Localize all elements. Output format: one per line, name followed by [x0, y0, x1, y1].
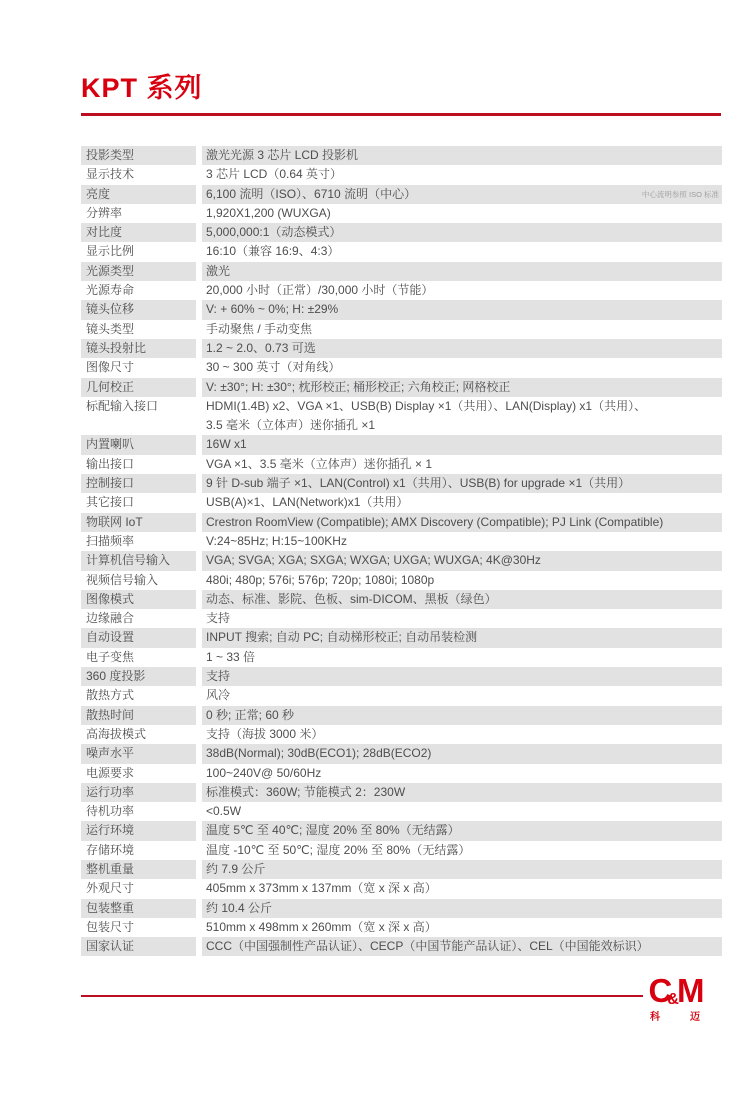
spec-label: 镜头类型: [81, 320, 196, 339]
spec-row: 光源类型 激光: [81, 262, 722, 281]
spec-label: 分辨率: [81, 204, 196, 223]
spec-value: 约 7.9 公斤: [202, 860, 722, 879]
spec-label: 运行环境: [81, 821, 196, 840]
spec-label: 图像模式: [81, 590, 196, 609]
spec-value: 动态、标准、影院、色板、sim-DICOM、黑板（绿色）: [202, 590, 722, 609]
logo-sub-left: 科: [650, 1008, 660, 1023]
spec-value: HDMI(1.4B) x2、VGA ×1、USB(B) Display ×1（共…: [202, 397, 722, 436]
spec-label: 镜头位移: [81, 300, 196, 319]
spec-label: 镜头投射比: [81, 339, 196, 358]
spec-row: 图像模式 动态、标准、影院、色板、sim-DICOM、黑板（绿色）: [81, 590, 722, 609]
spec-value: V: + 60% ~ 0%; H: ±29%: [202, 300, 722, 319]
spec-value: V:24~85Hz; H:15~100KHz: [202, 532, 722, 551]
spec-value: V: ±30°; H: ±30°; 枕形校正; 桶形校正; 六角校正; 网格校正: [202, 378, 722, 397]
spec-value: 480i; 480p; 576i; 576p; 720p; 1080i; 108…: [202, 571, 722, 590]
spec-row: 运行环境 温度 5℃ 至 40℃; 湿度 20% 至 80%（无结露）: [81, 821, 722, 840]
spec-row: 运行功率 标准模式：360W; 节能模式 2：230W: [81, 783, 722, 802]
spec-value: 405mm x 373mm x 137mm（宽 x 深 x 高）: [202, 879, 722, 898]
spec-value: 100~240V@ 50/60Hz: [202, 764, 722, 783]
spec-value: 手动聚焦 / 手动变焦: [202, 320, 722, 339]
spec-label: 散热时间: [81, 706, 196, 725]
spec-label: 国家认证: [81, 937, 196, 956]
spec-row: 图像尺寸 30 ~ 300 英寸（对角线）: [81, 358, 722, 377]
spec-value: 510mm x 498mm x 260mm（宽 x 深 x 高）: [202, 918, 722, 937]
spec-value: 3 芯片 LCD（0.64 英寸）: [202, 165, 722, 184]
spec-value: 38dB(Normal); 30dB(ECO1); 28dB(ECO2): [202, 744, 722, 763]
spec-row: 视频信号输入 480i; 480p; 576i; 576p; 720p; 108…: [81, 571, 722, 590]
spec-label: 自动设置: [81, 628, 196, 647]
spec-value: 支持: [202, 667, 722, 686]
spec-row: 对比度 5,000,000:1（动态模式）: [81, 223, 722, 242]
spec-value: 温度 5℃ 至 40℃; 湿度 20% 至 80%（无结露）: [202, 821, 722, 840]
spec-label: 整机重量: [81, 860, 196, 879]
spec-row: 国家认证 CCC（中国强制性产品认证）、CECP（中国节能产品认证）、CEL（中…: [81, 937, 722, 956]
spec-value: 1.2 ~ 2.0、0.73 可选: [202, 339, 722, 358]
spec-value: 1 ~ 33 倍: [202, 648, 722, 667]
spec-value: 9 针 D-sub 端子 ×1、LAN(Control) x1（共用）、USB(…: [202, 474, 722, 493]
spec-value: Crestron RoomView (Compatible); AMX Disc…: [202, 513, 722, 532]
brand-logo: C&M 科 迈: [648, 975, 702, 1023]
spec-label: 输出接口: [81, 455, 196, 474]
spec-value: VGA ×1、3.5 毫米（立体声）迷你插孔 × 1: [202, 455, 722, 474]
spec-label: 显示技术: [81, 165, 196, 184]
spec-label: 边缘融合: [81, 609, 196, 628]
spec-table: 投影类型 激光光源 3 芯片 LCD 投影机 显示技术 3 芯片 LCD（0.6…: [81, 146, 722, 956]
spec-row: 散热方式 风冷: [81, 686, 722, 705]
spec-row: 其它接口 USB(A)×1、LAN(Network)x1（共用）: [81, 493, 722, 512]
spec-label: 视频信号输入: [81, 571, 196, 590]
spec-label: 包装整重: [81, 899, 196, 918]
spec-label: 包装尺寸: [81, 918, 196, 937]
spec-value: VGA; SVGA; XGA; SXGA; WXGA; UXGA; WUXGA;…: [202, 551, 722, 570]
spec-value: 激光光源 3 芯片 LCD 投影机: [202, 146, 722, 165]
spec-row: 镜头类型 手动聚焦 / 手动变焦: [81, 320, 722, 339]
spec-row: 显示技术 3 芯片 LCD（0.64 英寸）: [81, 165, 722, 184]
spec-row: 扫描频率 V:24~85Hz; H:15~100KHz: [81, 532, 722, 551]
spec-row: 待机功率 <0.5W: [81, 802, 722, 821]
spec-row: 360 度投影 支持: [81, 667, 722, 686]
spec-label: 物联网 IoT: [81, 513, 196, 532]
spec-label: 光源类型: [81, 262, 196, 281]
spec-label: 对比度: [81, 223, 196, 242]
spec-label: 计算机信号输入: [81, 551, 196, 570]
spec-label: 其它接口: [81, 493, 196, 512]
spec-row: 几何校正 V: ±30°; H: ±30°; 枕形校正; 桶形校正; 六角校正;…: [81, 378, 722, 397]
spec-label: 电源要求: [81, 764, 196, 783]
spec-label: 亮度: [81, 185, 196, 204]
spec-label: 高海拔模式: [81, 725, 196, 744]
spec-value: 温度 -10℃ 至 50℃; 湿度 20% 至 80%（无结露）: [202, 841, 722, 860]
spec-value: 16W x1: [202, 435, 722, 454]
spec-row: 标配输入接口 HDMI(1.4B) x2、VGA ×1、USB(B) Displ…: [81, 397, 722, 436]
spec-label: 扫描频率: [81, 532, 196, 551]
spec-row: 分辨率 1,920X1,200 (WUXGA): [81, 204, 722, 223]
spec-label: 运行功率: [81, 783, 196, 802]
spec-value: 0 秒; 正常; 60 秒: [202, 706, 722, 725]
spec-row: 高海拔模式 支持（海拔 3000 米）: [81, 725, 722, 744]
spec-label: 外观尺寸: [81, 879, 196, 898]
spec-label: 光源寿命: [81, 281, 196, 300]
spec-row: 镜头投射比 1.2 ~ 2.0、0.73 可选: [81, 339, 722, 358]
spec-row: 电源要求 100~240V@ 50/60Hz: [81, 764, 722, 783]
spec-label: 标配输入接口: [81, 397, 196, 436]
logo-cm-text: C&M: [648, 975, 702, 1007]
spec-value: 风冷: [202, 686, 722, 705]
spec-value: INPUT 搜索; 自动 PC; 自动梯形校正; 自动吊装检测: [202, 628, 722, 647]
spec-label: 散热方式: [81, 686, 196, 705]
spec-row: 输出接口 VGA ×1、3.5 毫米（立体声）迷你插孔 × 1: [81, 455, 722, 474]
spec-row: 控制接口 9 针 D-sub 端子 ×1、LAN(Control) x1（共用）…: [81, 474, 722, 493]
spec-row: 电子变焦 1 ~ 33 倍: [81, 648, 722, 667]
spec-value: 标准模式：360W; 节能模式 2：230W: [202, 783, 722, 802]
spec-value: 支持: [202, 609, 722, 628]
logo-sub-right: 迈: [690, 1008, 700, 1023]
spec-value: <0.5W: [202, 802, 722, 821]
footer-rule: [81, 995, 643, 997]
spec-value: 激光: [202, 262, 722, 281]
spec-row: 包装尺寸 510mm x 498mm x 260mm（宽 x 深 x 高）: [81, 918, 722, 937]
spec-row: 亮度 6,100 流明（ISO）、6710 流明（中心） 中心流明参照 ISO …: [81, 185, 722, 204]
spec-label: 电子变焦: [81, 648, 196, 667]
spec-row: 散热时间 0 秒; 正常; 60 秒: [81, 706, 722, 725]
spec-row: 投影类型 激光光源 3 芯片 LCD 投影机: [81, 146, 722, 165]
spec-row: 噪声水平 38dB(Normal); 30dB(ECO1); 28dB(ECO2…: [81, 744, 722, 763]
spec-label: 存储环境: [81, 841, 196, 860]
spec-row: 内置喇叭 16W x1: [81, 435, 722, 454]
spec-row: 存储环境 温度 -10℃ 至 50℃; 湿度 20% 至 80%（无结露）: [81, 841, 722, 860]
spec-row: 镜头位移 V: + 60% ~ 0%; H: ±29%: [81, 300, 722, 319]
spec-value: 5,000,000:1（动态模式）: [202, 223, 722, 242]
spec-row: 计算机信号输入 VGA; SVGA; XGA; SXGA; WXGA; UXGA…: [81, 551, 722, 570]
spec-value: 20,000 小时（正常）/30,000 小时（节能）: [202, 281, 722, 300]
spec-row: 包装整重 约 10.4 公斤: [81, 899, 722, 918]
spec-label: 几何校正: [81, 378, 196, 397]
spec-label: 图像尺寸: [81, 358, 196, 377]
spec-note: 中心流明参照 ISO 标准: [642, 185, 719, 204]
page-title: KPT 系列: [81, 74, 203, 104]
spec-row: 边缘融合 支持: [81, 609, 722, 628]
spec-label: 内置喇叭: [81, 435, 196, 454]
spec-label: 投影类型: [81, 146, 196, 165]
spec-value: 30 ~ 300 英寸（对角线）: [202, 358, 722, 377]
spec-row: 物联网 IoT Crestron RoomView (Compatible); …: [81, 513, 722, 532]
logo-letter-m: M: [677, 972, 702, 1009]
logo-subtext: 科 迈: [648, 1008, 702, 1023]
spec-label: 显示比例: [81, 242, 196, 261]
spec-row: 自动设置 INPUT 搜索; 自动 PC; 自动梯形校正; 自动吊装检测: [81, 628, 722, 647]
spec-value: USB(A)×1、LAN(Network)x1（共用）: [202, 493, 722, 512]
spec-value: 16:10（兼容 16:9、4:3）: [202, 242, 722, 261]
spec-row: 显示比例 16:10（兼容 16:9、4:3）: [81, 242, 722, 261]
spec-value: 支持（海拔 3000 米）: [202, 725, 722, 744]
spec-row: 光源寿命 20,000 小时（正常）/30,000 小时（节能）: [81, 281, 722, 300]
spec-row: 外观尺寸 405mm x 373mm x 137mm（宽 x 深 x 高）: [81, 879, 722, 898]
spec-value: CCC（中国强制性产品认证）、CECP（中国节能产品认证）、CEL（中国能效标识…: [202, 937, 722, 956]
title-rule: [81, 113, 721, 116]
spec-value: 1,920X1,200 (WUXGA): [202, 204, 722, 223]
spec-sheet-page: KPT 系列 投影类型 激光光源 3 芯片 LCD 投影机 显示技术 3 芯片 …: [0, 0, 750, 1110]
spec-value: 约 10.4 公斤: [202, 899, 722, 918]
spec-label: 待机功率: [81, 802, 196, 821]
spec-label: 控制接口: [81, 474, 196, 493]
spec-label: 噪声水平: [81, 744, 196, 763]
spec-label: 360 度投影: [81, 667, 196, 686]
spec-row: 整机重量 约 7.9 公斤: [81, 860, 722, 879]
